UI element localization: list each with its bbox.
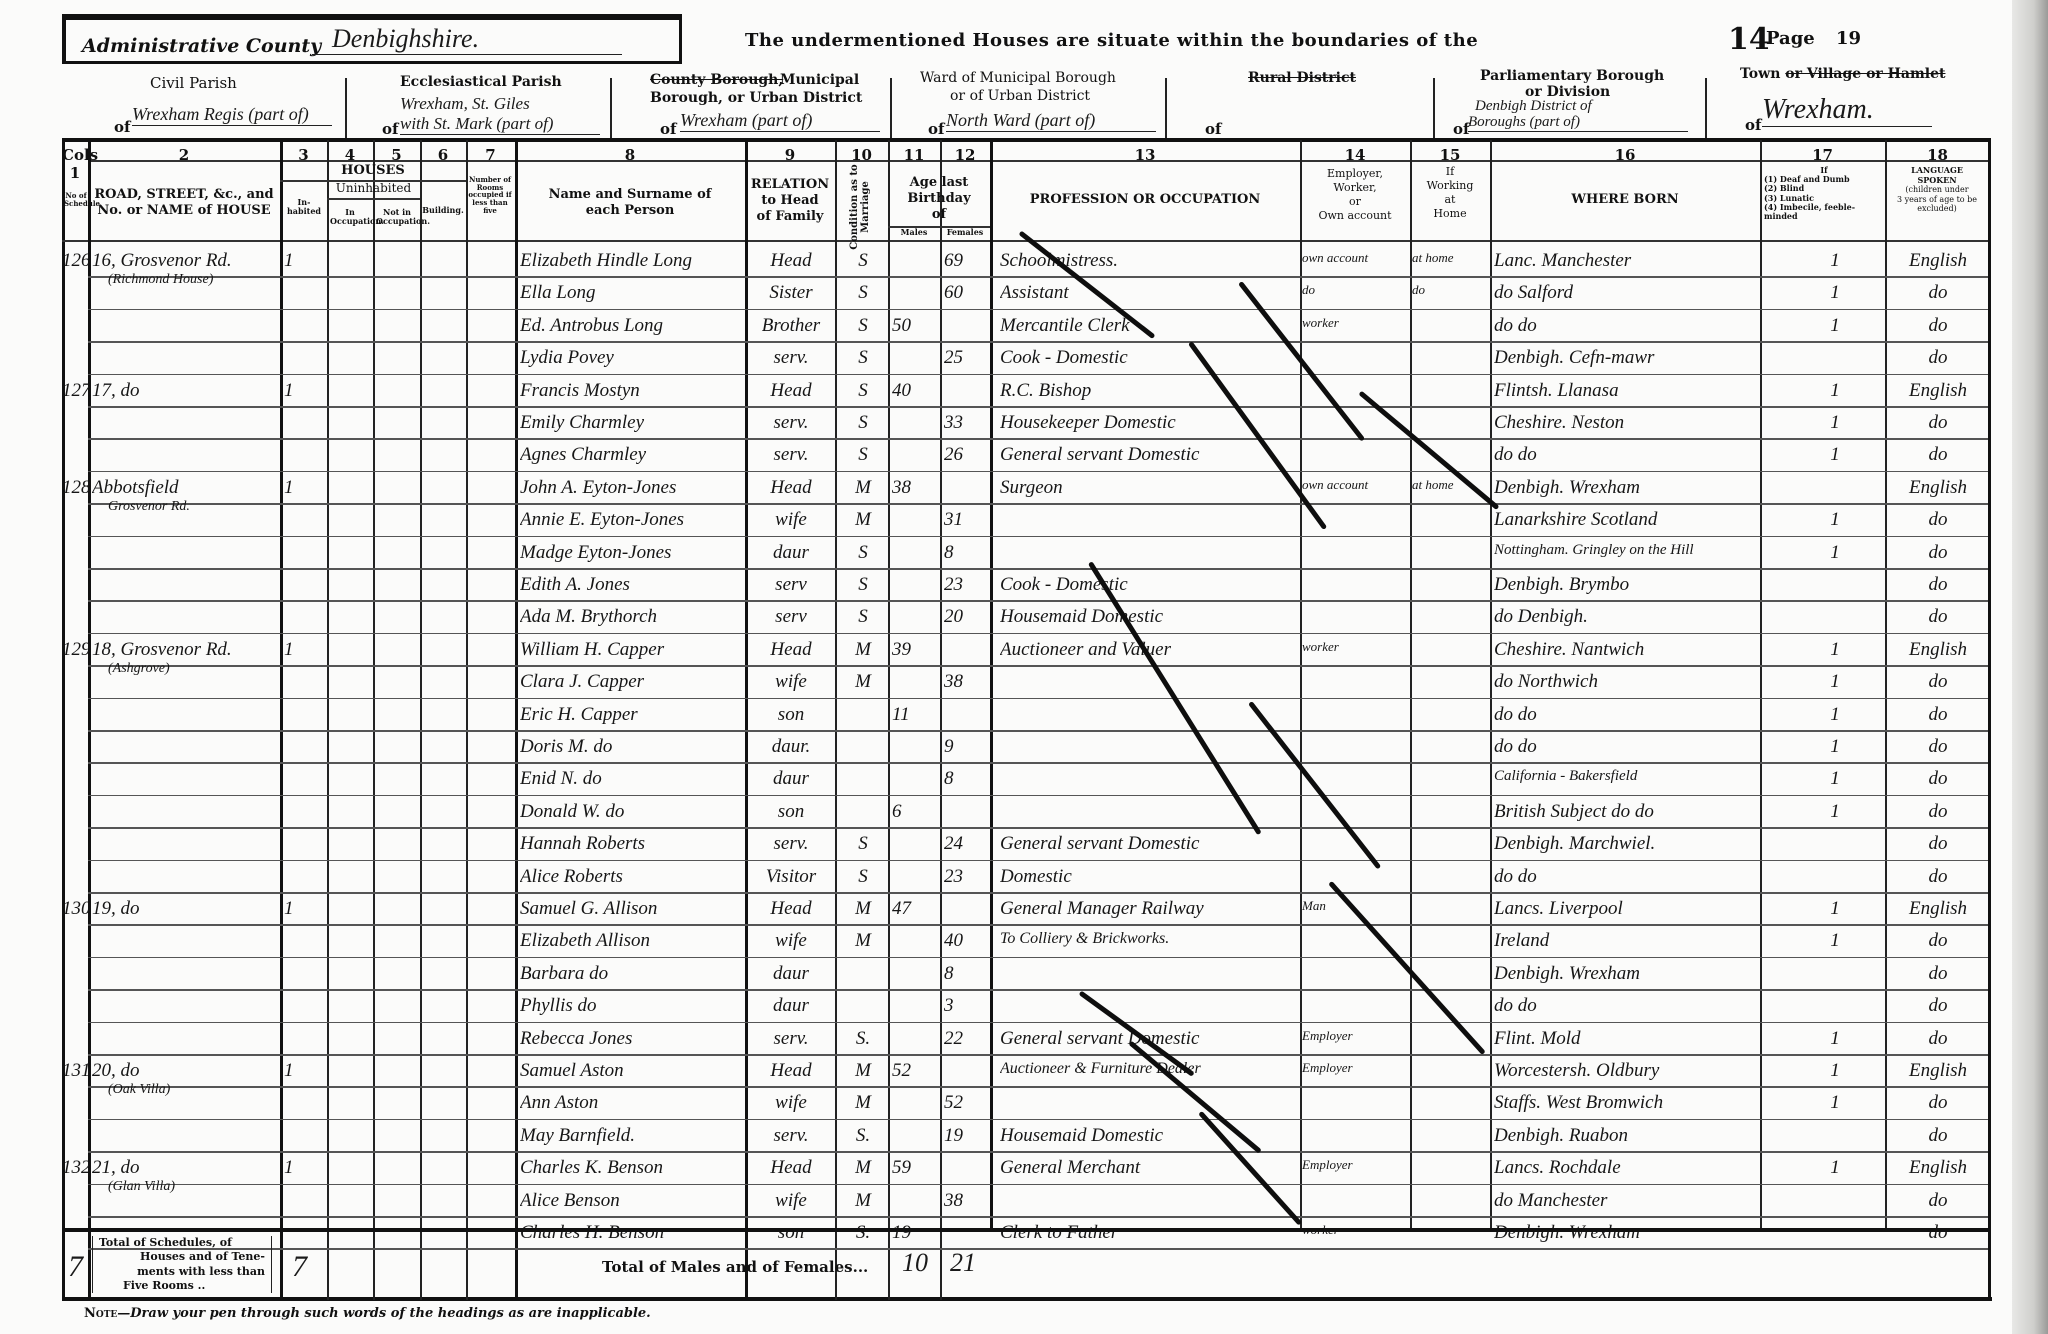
ward-label-line2: or of Urban District (950, 88, 1090, 104)
person-name: Doris M. do (520, 736, 742, 758)
row-rule (88, 1184, 1988, 1186)
schedule-number: 128 (62, 477, 88, 499)
totals-label-line1: Total of Schedules, of (99, 1236, 265, 1250)
civil-parish-value: Wrexham Regis (part of) (132, 104, 332, 126)
language-spoken: English (1890, 1060, 1986, 1082)
birthplace: Denbigh. Wrexham (1494, 1222, 1758, 1244)
infirmity-mark: 1 (1790, 801, 1880, 823)
marital-condition: M (840, 509, 886, 531)
totals-label: Total of Schedules, of Houses and of Ten… (92, 1236, 272, 1293)
language-spoken: do (1890, 412, 1986, 434)
eccl-parish-prefix: of (382, 120, 398, 138)
infirmity-mark: 1 (1790, 509, 1880, 531)
female-age: 8 (944, 768, 988, 790)
header-divider (610, 78, 612, 138)
column-divider (940, 140, 942, 1300)
relation-to-head: Head (748, 1060, 834, 1082)
marital-condition: S. (840, 1028, 886, 1050)
marital-condition: M (840, 1157, 886, 1179)
row-rule (88, 600, 1988, 602)
column-number: 14 (1300, 146, 1410, 164)
road-address-line2: (Ashgrove) (108, 661, 278, 677)
schedule-number: 126 (62, 250, 88, 272)
person-name: Ann Aston (520, 1092, 742, 1114)
relation-to-head: serv. (748, 347, 834, 369)
person-name: Samuel G. Allison (520, 898, 742, 920)
footnote-text: —Draw your pen through such words of the… (117, 1306, 650, 1321)
col18-heading-line3: (children under (1886, 185, 1988, 195)
language-spoken: do (1890, 671, 1986, 693)
enum-district-number: 14 (1728, 22, 1770, 57)
female-age: 69 (944, 250, 988, 272)
header-divider (890, 78, 892, 138)
column-divider (990, 140, 993, 1230)
inhabited-count: 1 (284, 1157, 324, 1179)
col18-heading-line4: 3 years of age to be (1886, 195, 1988, 205)
table-top-rule (62, 138, 1990, 142)
birthplace: Denbigh. Marchwiel. (1494, 833, 1758, 855)
relation-to-head: daur (748, 963, 834, 985)
female-age: 22 (944, 1028, 988, 1050)
language-spoken: do (1890, 1190, 1986, 1212)
male-age: 19 (892, 1222, 938, 1244)
column-number: 6 (420, 146, 466, 164)
parliamentary-prefix: of (1453, 120, 1469, 138)
relation-to-head: serv. (748, 412, 834, 434)
relation-to-head: Visitor (748, 866, 834, 888)
marital-condition: M (840, 930, 886, 952)
relation-to-head: wife (748, 930, 834, 952)
county-borough-label-line1: County Borough, (650, 72, 783, 88)
person-name: Ed. Antrobus Long (520, 315, 742, 337)
header-divider (1433, 78, 1435, 138)
person-name: Agnes Charmley (520, 444, 742, 466)
occupation: To Colliery & Brickworks. (1000, 930, 1298, 948)
row-rule (88, 1151, 1988, 1153)
relation-to-head: son (748, 1222, 834, 1244)
intro-text: The undermentioned Houses are situate wi… (745, 30, 1478, 51)
marital-condition: M (840, 1190, 886, 1212)
infirmity-mark: 1 (1790, 1060, 1880, 1082)
person-name: Alice Benson (520, 1190, 742, 1212)
birthplace: do Northwich (1494, 671, 1758, 693)
relation-to-head: wife (748, 1190, 834, 1212)
relation-to-head: Head (748, 380, 834, 402)
marital-condition: S (840, 380, 886, 402)
person-name: Emily Charmley (520, 412, 742, 434)
footnote-prefix: Note (84, 1306, 117, 1321)
marital-condition: M (840, 671, 886, 693)
relation-to-head: daur (748, 542, 834, 564)
column-number: 17 (1760, 146, 1885, 164)
road-address: 20, do (92, 1060, 278, 1082)
inhabited-count: 1 (284, 380, 324, 402)
person-name: Annie E. Eyton-Jones (520, 509, 742, 531)
birthplace: Flint. Mold (1494, 1028, 1758, 1050)
column-number: 5 (373, 146, 420, 164)
birthplace: Denbigh. Ruabon (1494, 1125, 1758, 1147)
column-number: 15 (1410, 146, 1490, 164)
language-spoken: English (1890, 380, 1986, 402)
language-spoken: English (1890, 639, 1986, 661)
female-age: 23 (944, 866, 988, 888)
col4-heading: In Occupation. (330, 208, 370, 226)
column-number: 2 (88, 146, 280, 164)
female-age: 33 (944, 412, 988, 434)
total-males: 10 (902, 1248, 928, 1278)
person-name: Elizabeth Allison (520, 930, 742, 952)
employment-status: do (1302, 282, 1408, 298)
marital-condition: S (840, 444, 886, 466)
parliamentary-value-line2: Boroughs (part of) (1468, 114, 1688, 132)
col15-heading-line1: If (1410, 166, 1490, 178)
infirmity-mark: 1 (1790, 250, 1880, 272)
column-divider (327, 140, 329, 1300)
marital-condition: M (840, 898, 886, 920)
row-rule (88, 471, 1988, 473)
road-address-line2: Grosvenor Rd. (108, 499, 278, 515)
person-name: May Barnfield. (520, 1125, 742, 1147)
language-spoken: do (1890, 963, 1986, 985)
parliamentary-value-line1: Denbigh District of (1475, 98, 1592, 115)
row-rule (88, 276, 1988, 278)
row-rule (88, 438, 1988, 440)
total-houses: 7 (292, 1250, 307, 1284)
row-rule (88, 762, 1988, 764)
language-spoken: English (1890, 1157, 1986, 1179)
column-number: 3 (280, 146, 327, 164)
row-rule (88, 568, 1988, 570)
marital-condition: S (840, 574, 886, 596)
row-rule (88, 827, 1988, 829)
col14-heading-line4: Own account (1300, 210, 1410, 222)
relation-to-head: Head (748, 477, 834, 499)
civil-parish-prefix: of (114, 118, 130, 136)
marital-condition: S (840, 250, 886, 272)
road-address: 17, do (92, 380, 278, 402)
infirmity-mark: 1 (1790, 639, 1880, 661)
male-age: 38 (892, 477, 938, 499)
column-divider (515, 140, 518, 1300)
column-number: 4 (327, 146, 373, 164)
col9-heading-line3: of Family (745, 210, 835, 224)
schedule-number: 130 (62, 898, 88, 920)
col18-heading-line5: excluded) (1886, 204, 1988, 214)
col14-heading-line1: Employer, (1300, 168, 1410, 180)
working-at-home: at home (1412, 250, 1488, 266)
column-divider (420, 140, 422, 1300)
relation-to-head: serv (748, 606, 834, 628)
table-left-border (62, 138, 65, 1300)
row-rule (88, 309, 1988, 311)
language-spoken: do (1890, 768, 1986, 790)
row-rule (88, 1086, 1988, 1088)
inhabited-count: 1 (284, 1060, 324, 1082)
infirmity-mark: 1 (1790, 671, 1880, 693)
road-address: 19, do (92, 898, 278, 920)
col8-heading-line1: Name and Surname of (515, 188, 745, 202)
marital-condition: M (840, 639, 886, 661)
birthplace: Cheshire. Nantwich (1494, 639, 1758, 661)
col2-heading-line2: No. or NAME of HOUSE (88, 204, 280, 218)
infirmity-mark: 1 (1790, 1028, 1880, 1050)
person-name: William H. Capper (520, 639, 742, 661)
row-rule (88, 1216, 1988, 1218)
birthplace: Lancs. Liverpool (1494, 898, 1758, 920)
marital-condition: S (840, 412, 886, 434)
marital-condition: M (840, 1092, 886, 1114)
col13-heading: PROFESSION OR OCCUPATION (990, 193, 1300, 207)
row-rule (88, 1054, 1988, 1056)
occupation: Cook - Domestic (1000, 347, 1298, 369)
parliamentary-label-line1: Parliamentary Borough (1480, 68, 1664, 84)
language-spoken: do (1890, 930, 1986, 952)
row-rule (88, 892, 1988, 894)
employment-status: own account (1302, 250, 1408, 266)
column-number: 7 (466, 146, 515, 164)
occupation: Clerk to Father (1000, 1222, 1298, 1244)
ward-value: North Ward (part of) (946, 110, 1156, 132)
birthplace: do do (1494, 995, 1758, 1017)
marital-condition: M (840, 477, 886, 499)
row-rule (88, 1248, 1988, 1250)
totals-label-line3: ments with less than (99, 1265, 265, 1279)
column-divider (88, 140, 91, 1300)
col11-heading: Males (888, 228, 940, 237)
row-rule (88, 665, 1988, 667)
language-spoken: do (1890, 801, 1986, 823)
language-spoken: do (1890, 1028, 1986, 1050)
relation-to-head: Head (748, 898, 834, 920)
col2-heading-line1: ROAD, STREET, &c., and (88, 188, 280, 202)
totals-label-line2: Houses and of Tene- (99, 1250, 265, 1264)
header-divider (345, 78, 347, 138)
ward-prefix: of (928, 120, 944, 138)
person-name: Madge Eyton-Jones (520, 542, 742, 564)
page-edge-shadow (2012, 0, 2048, 1334)
birthplace: Flintsh. Llanasa (1494, 380, 1758, 402)
birthplace: do do (1494, 704, 1758, 726)
relation-to-head: wife (748, 671, 834, 693)
town-prefix: of (1745, 116, 1761, 134)
relation-to-head: Head (748, 639, 834, 661)
col11-12-heading-line1: Age last (888, 176, 990, 190)
row-rule (88, 633, 1988, 635)
relation-to-head: serv. (748, 833, 834, 855)
working-at-home: do (1412, 282, 1488, 298)
col5-heading: Not in Occupation. (376, 208, 418, 226)
county-borough-value: Wrexham (part of) (680, 110, 880, 132)
birthplace: do do (1494, 866, 1758, 888)
row-rule (88, 924, 1988, 926)
birthplace: Lanarkshire Scotland (1494, 509, 1758, 531)
person-name: Rebecca Jones (520, 1028, 742, 1050)
inhabited-count: 1 (284, 898, 324, 920)
relation-to-head: serv. (748, 1125, 834, 1147)
person-name: Edith A. Jones (520, 574, 742, 596)
birthplace: Ireland (1494, 930, 1758, 952)
town-label-town: Town (1740, 66, 1780, 82)
male-age: 52 (892, 1060, 938, 1082)
marital-condition: S (840, 866, 886, 888)
col18-heading-line2: SPOKEN (1886, 176, 1988, 186)
language-spoken: do (1890, 866, 1986, 888)
row-rule (88, 957, 1988, 959)
town-label-struck: or Village or Hamlet (1785, 66, 1945, 82)
female-age: 9 (944, 736, 988, 758)
relation-to-head: Head (748, 1157, 834, 1179)
language-spoken: do (1890, 1222, 1986, 1244)
birthplace: British Subject do do (1494, 801, 1758, 823)
relation-to-head: Sister (748, 282, 834, 304)
col17-heading-line5: (4) Imbecile, feeble-minded (1764, 203, 1884, 221)
header-divider (1705, 78, 1707, 138)
total-schedules: 7 (68, 1250, 83, 1284)
person-name: Charles K. Benson (520, 1157, 742, 1179)
road-address: Abbotsfield (92, 477, 278, 499)
row-rule (88, 1022, 1988, 1024)
infirmity-mark: 1 (1790, 930, 1880, 952)
inhabited-count: 1 (284, 639, 324, 661)
admin-county-label: Administrative County (82, 35, 321, 57)
person-name: Charles H. Benson (520, 1222, 742, 1244)
footnote: Note—Draw your pen through such words of… (84, 1306, 651, 1321)
relation-to-head: Head (748, 250, 834, 272)
table-bottom-rule (62, 1297, 1992, 1301)
col11-12-heading-line3: of (888, 208, 990, 222)
col14-heading-line3: or (1300, 196, 1410, 208)
column-divider (1490, 140, 1492, 1230)
language-spoken: do (1890, 1092, 1986, 1114)
row-rule (88, 406, 1988, 408)
schedule-number: 131 (62, 1060, 88, 1082)
relation-to-head: son (748, 704, 834, 726)
birthplace: Denbigh. Cefn-mawr (1494, 347, 1758, 369)
language-spoken: English (1890, 898, 1986, 920)
employment-status: own account (1302, 477, 1408, 493)
occupation: General Manager Railway (1000, 898, 1298, 920)
birthplace: do Salford (1494, 282, 1758, 304)
relation-to-head: daur (748, 768, 834, 790)
language-spoken: do (1890, 704, 1986, 726)
male-age: 47 (892, 898, 938, 920)
relation-to-head: serv (748, 574, 834, 596)
infirmity-mark: 1 (1790, 380, 1880, 402)
admin-county-value: Denbighshire. (312, 24, 622, 55)
col14-heading-line2: Worker, (1300, 182, 1410, 194)
relation-to-head: serv. (748, 444, 834, 466)
marital-condition: S (840, 833, 886, 855)
male-age: 59 (892, 1157, 938, 1179)
col12-heading: Females (940, 228, 990, 237)
column-divider (1760, 140, 1762, 1230)
column-divider (835, 140, 837, 1300)
person-name: Clara J. Capper (520, 671, 742, 693)
birthplace: Cheshire. Neston (1494, 412, 1758, 434)
person-name: Phyllis do (520, 995, 742, 1017)
male-age: 11 (892, 704, 938, 726)
language-spoken: do (1890, 736, 1986, 758)
male-age: 6 (892, 801, 938, 823)
totals-rule (62, 1228, 1988, 1232)
language-spoken: do (1890, 444, 1986, 466)
marital-condition: S. (840, 1222, 886, 1244)
person-name: Lydia Povey (520, 347, 742, 369)
infirmity-mark: 1 (1790, 542, 1880, 564)
infirmity-mark: 1 (1790, 1157, 1880, 1179)
inhabited-count: 1 (284, 250, 324, 272)
occupation: Surgeon (1000, 477, 1298, 499)
eccl-parish-label: Ecclesiastical Parish (400, 74, 562, 90)
road-address-line2: (Oak Villa) (108, 1082, 278, 1098)
marital-condition: S (840, 606, 886, 628)
infirmity-mark: 1 (1790, 768, 1880, 790)
total-females: 21 (950, 1248, 976, 1278)
inhabited-count: 1 (284, 477, 324, 499)
eccl-parish-value-line1: Wrexham, St. Giles (400, 94, 530, 114)
marital-condition: S (840, 282, 886, 304)
road-address-line2: (Richmond House) (108, 272, 278, 288)
male-age: 50 (892, 315, 938, 337)
person-name: Ada M. Brythorch (520, 606, 742, 628)
language-spoken: do (1890, 347, 1986, 369)
col7-heading: Number of Rooms occupied if less than fi… (467, 176, 513, 214)
column-number: 12 (940, 146, 990, 164)
ward-label-line1: Ward of Municipal Borough (920, 70, 1116, 86)
row-rule (88, 989, 1988, 991)
birthplace: Denbigh. Wrexham (1494, 963, 1758, 985)
col11-12-heading-line2: Birthday (888, 192, 990, 206)
column-divider (1885, 140, 1887, 1230)
road-address: 21, do (92, 1157, 278, 1179)
female-age: 38 (944, 1190, 988, 1212)
occupation: Cook - Domestic (1000, 574, 1298, 596)
row-rule (88, 795, 1988, 797)
row-rule (88, 1119, 1988, 1121)
totals-label-line4: Five Rooms .. (99, 1279, 265, 1293)
language-spoken: do (1890, 1125, 1986, 1147)
row-rule (88, 374, 1988, 376)
page-number: 19 (1836, 28, 1861, 49)
female-age: 24 (944, 833, 988, 855)
col17-heading: If (1) Deaf and Dumb (2) Blind (3) Lunat… (1764, 166, 1884, 221)
occupation: Auctioneer & Furniture Dealer (1000, 1060, 1298, 1078)
row-rule (88, 341, 1988, 343)
person-name: John A. Eyton-Jones (520, 477, 742, 499)
col16-heading: WHERE BORN (1490, 193, 1760, 207)
col8-heading-line2: each Person (515, 204, 745, 218)
civil-parish-label: Civil Parish (150, 74, 237, 92)
male-age: 39 (892, 639, 938, 661)
county-borough-label-line1-rest: Municipal (780, 72, 859, 88)
birthplace: Lancs. Rochdale (1494, 1157, 1758, 1179)
schedule-number: 127 (62, 380, 88, 402)
county-borough-prefix: of (660, 120, 676, 138)
road-address: 18, Grosvenor Rd. (92, 639, 278, 661)
column-number: 8 (515, 146, 745, 164)
infirmity-mark: 1 (1790, 1092, 1880, 1114)
col15-heading-line2: Working (1410, 180, 1490, 192)
houses-heading: HOUSES (280, 164, 466, 178)
female-age: 3 (944, 995, 988, 1017)
uninhabited-heading: Uninhabited (327, 182, 420, 195)
language-spoken: do (1890, 574, 1986, 596)
relation-to-head: wife (748, 509, 834, 531)
female-age: 25 (944, 347, 988, 369)
rural-district-label: Rural District (1248, 70, 1356, 86)
relation-to-head: serv. (748, 1028, 834, 1050)
birthplace: Lanc. Manchester (1494, 250, 1758, 272)
